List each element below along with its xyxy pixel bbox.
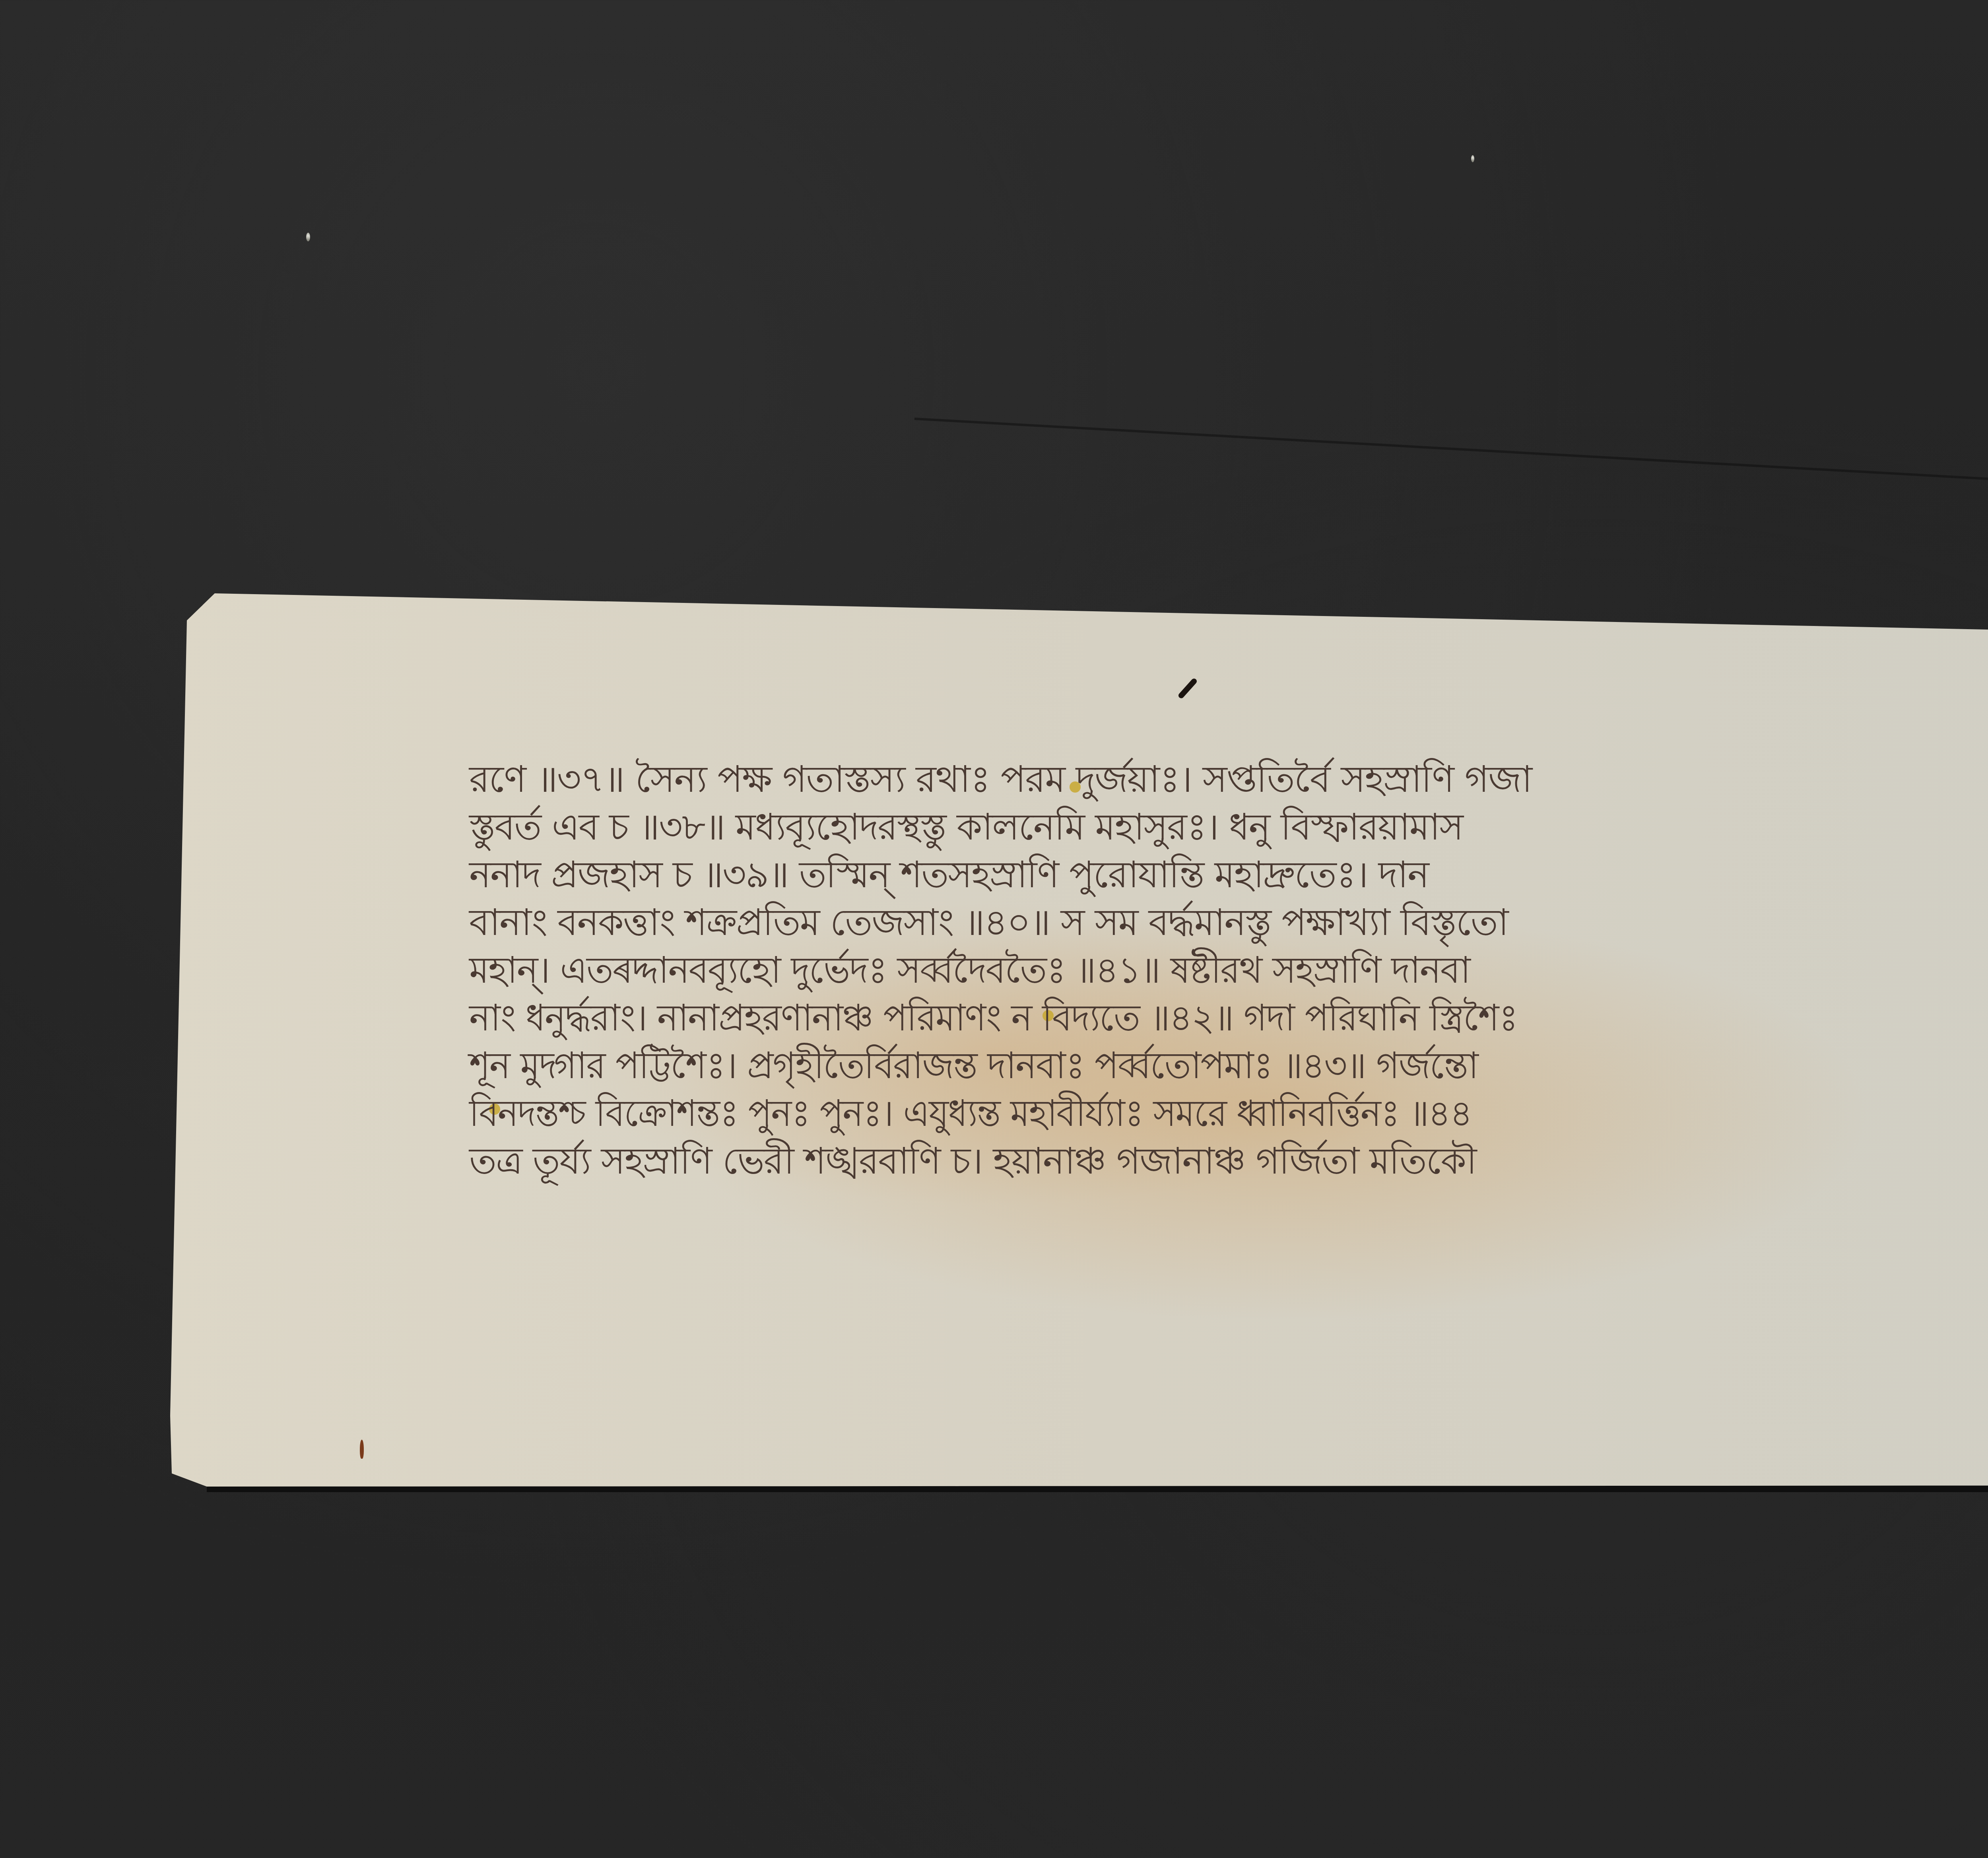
- text-line: রণে ॥৩৭॥ সৈন্য পক্ষ গতাস্তস্য রথাঃ পরম দ…: [469, 756, 1988, 803]
- text-line: বানাং বনকত্তাং শক্রপ্রতিম তেজসাং ॥৪০॥ স …: [469, 899, 1988, 946]
- backdrop-pin: [306, 233, 310, 241]
- rust-stain: [360, 1440, 364, 1459]
- text-line: নাং ধনুর্দ্ধরাং। নানাপ্রহরণানাঞ্চ পরিমাণ…: [469, 994, 1988, 1042]
- text-line: বিনদন্তশ্চ বিক্রোশন্তঃ পুনঃ পুনঃ। এযুধ্য…: [469, 1090, 1988, 1137]
- backdrop-crease: [914, 418, 1988, 524]
- text-line: স্তুবৰ্ত এব চ ॥৩৮॥ মধ্যব্যূহোদরস্থস্তু ক…: [469, 803, 1988, 851]
- text-line: ননাদ প্রজহাস চ ॥৩৯॥ তস্মিন্‌ শতসহস্রাণি …: [469, 851, 1988, 899]
- text-line: তত্র তূৰ্য্য সহস্রাণি ভেরী শঙ্খরবাণি চ। …: [469, 1137, 1988, 1185]
- backdrop-pin: [1471, 155, 1474, 162]
- manuscript-text: রণে ॥৩৭॥ সৈন্য পক্ষ গতাস্তস্য রথাঃ পরম দ…: [469, 756, 1988, 1185]
- text-line: মহান্‌। এতৰদ্দানবব্যূহো দুর্ভেদঃ সৰ্ব্বদ…: [469, 946, 1988, 994]
- text-line: শূন মুদ্গার পট্টিশৈঃ। প্রগৃহীতৈর্বিরাজন্…: [469, 1042, 1988, 1090]
